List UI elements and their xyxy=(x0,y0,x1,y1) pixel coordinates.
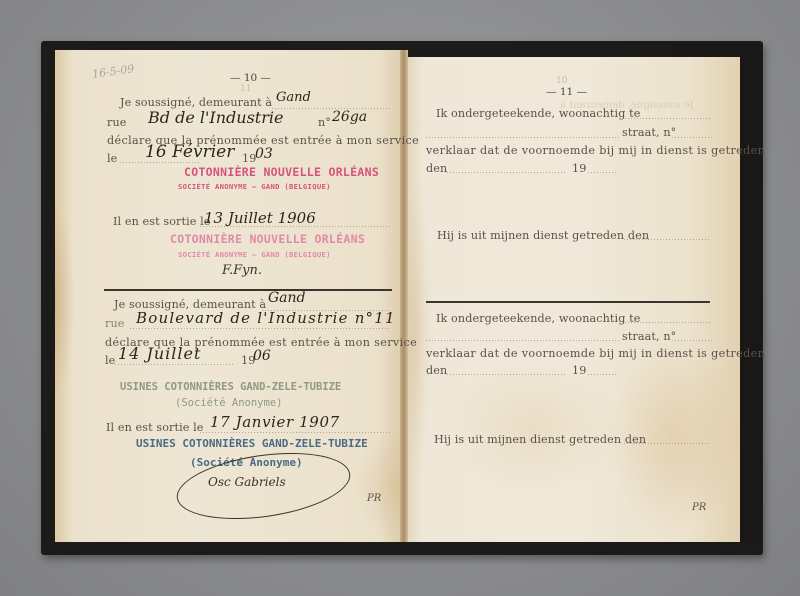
stamp-usines-exit-name: USINES COTONNIÈRES GAND-ZELE-TUBIZE xyxy=(136,437,368,450)
ghost-page-number: 11 xyxy=(240,84,251,94)
dotted-line xyxy=(447,172,567,173)
section-divider xyxy=(426,301,710,303)
r-entry2-straat: straat, n° xyxy=(622,330,676,343)
entry1-exit-date-hand: 13 Juillet 1906 xyxy=(204,209,316,227)
entry1-exit-label: Il en est sortie le xyxy=(113,215,211,228)
signature-2: Osc Gabriels xyxy=(208,475,286,489)
r-entry1-line3: verklaar dat de voornoemde bij mij in di… xyxy=(426,144,765,157)
dotted-line xyxy=(130,328,390,329)
ghost-page-number: 10 xyxy=(556,76,567,86)
r-entry1-den: den xyxy=(426,162,447,175)
entry2-street-hand: Boulevard de l'Industrie n°11 xyxy=(136,309,396,327)
entry2-exit-date-hand: 17 Janvier 1907 xyxy=(210,413,340,431)
dotted-line xyxy=(200,432,390,433)
page-number-right: — 11 — xyxy=(546,86,587,98)
dotted-line xyxy=(672,340,712,341)
stamp-usines-name: USINES COTONNIÈRES GAND-ZELE-TUBIZE xyxy=(120,381,341,393)
signature-1: F.Fyn. xyxy=(222,263,262,278)
stamp-usines-sa: (Société Anonyme) xyxy=(175,397,282,409)
entry1-rue-label: rue xyxy=(107,116,126,129)
entry2-rue-label: rue xyxy=(105,317,124,330)
stamp-cotonniere-name: COTONNIÈRE NOUVELLE ORLÉANS xyxy=(184,165,379,179)
right-page xyxy=(404,57,740,542)
dotted-line xyxy=(588,172,618,173)
stamp-cotonniere-exit-address: SOCIÉTÉ ANONYME — GAND (BELGIQUE) xyxy=(178,250,331,259)
dotted-line xyxy=(625,322,711,323)
dotted-line xyxy=(625,118,711,119)
r-entry2-exit: Hij is uit mijnen dienst getreden den xyxy=(434,433,646,446)
dotted-line xyxy=(200,226,390,227)
dotted-line xyxy=(624,239,710,240)
r-entry2-line1: Ik ondergeteekende, woonachtig te xyxy=(436,312,640,325)
r-entry1-line1: Ik ondergeteekende, woonachtig te xyxy=(436,107,640,120)
entry2-start-date-hand: 14 Juillet xyxy=(118,344,201,363)
dotted-line xyxy=(272,108,390,109)
entry1-year-hand: 03 xyxy=(255,146,273,162)
entry1-start-date-hand: 16 Février xyxy=(145,142,234,162)
dotted-line xyxy=(120,162,200,163)
r-entry1-year: 19 xyxy=(572,162,586,175)
entry1-no-hand: 26ga xyxy=(332,109,367,125)
dotted-line xyxy=(624,443,710,444)
r-entry2-den: den xyxy=(426,364,447,377)
entry2-city-hand: Gand xyxy=(268,290,306,306)
entry1-street-hand: Bd de l'Industrie xyxy=(148,108,283,127)
entry1-le-label: le xyxy=(107,152,117,165)
stamp-cotonniere-exit-name: COTONNIÈRE NOUVELLE ORLÉANS xyxy=(170,232,365,246)
r-entry2-line3: verklaar dat de voornoemde bij mij in di… xyxy=(426,347,765,360)
section-divider xyxy=(104,289,392,291)
dotted-line xyxy=(672,137,712,138)
entry2-le-label: le xyxy=(105,354,115,367)
printer-mark-left: PR xyxy=(367,493,381,504)
page-number-left: — 10 — xyxy=(230,72,271,84)
dotted-line xyxy=(426,340,621,341)
dotted-line xyxy=(588,374,618,375)
entry2-year-hand: 06 xyxy=(253,348,271,364)
stamp-cotonniere-address: SOCIÉTÉ ANONYME — GAND (BELGIQUE) xyxy=(178,182,331,191)
page-gutter xyxy=(400,50,408,542)
dotted-line xyxy=(115,364,235,365)
entry2-exit-label: Il en est sortie le xyxy=(106,421,204,434)
r-entry2-year: 19 xyxy=(572,364,586,377)
printer-mark-right: PR xyxy=(692,502,706,513)
r-entry1-straat: straat, n° xyxy=(622,126,676,139)
dotted-line xyxy=(447,374,567,375)
r-entry1-exit: Hij is uit mijnen dienst getreden den xyxy=(437,229,649,242)
entry1-city-hand: Gand xyxy=(276,90,311,105)
entry1-no-label: n° xyxy=(318,116,331,129)
dotted-line xyxy=(426,137,621,138)
